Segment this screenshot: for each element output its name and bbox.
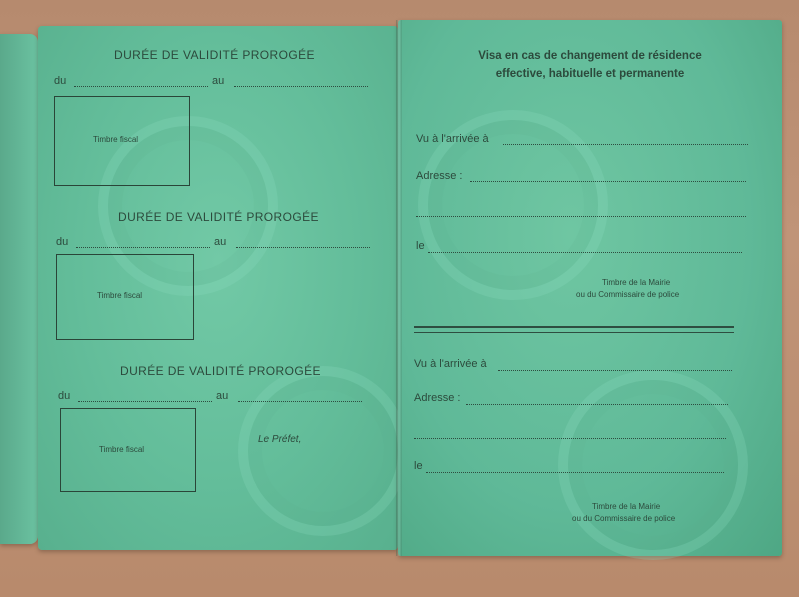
from-label: du: [56, 236, 68, 248]
watermark-emblem: [238, 366, 408, 536]
address-field[interactable]: [466, 404, 728, 405]
address-field[interactable]: [470, 181, 746, 182]
date-field[interactable]: [426, 472, 724, 473]
visa-title-line2: effective, habituelle et permanente: [398, 68, 782, 80]
fiscal-stamp-box: Timbre fiscal: [56, 254, 194, 340]
divider: [414, 326, 734, 328]
to-label: au: [216, 390, 228, 402]
arrival-field[interactable]: [503, 144, 748, 145]
arrival-label: Vu à l'arrivée à: [414, 358, 487, 370]
to-label: au: [214, 236, 226, 248]
stamp-line2: ou du Commissaire de police: [572, 514, 675, 523]
divider: [414, 332, 734, 333]
address-label: Adresse :: [416, 170, 462, 182]
stamp-label: Timbre fiscal: [93, 135, 138, 144]
from-date-field[interactable]: [78, 401, 212, 402]
address-field-line2[interactable]: [416, 216, 746, 217]
date-label: le: [416, 240, 425, 252]
section-title: DURÉE DE VALIDITÉ PROROGÉE: [120, 364, 321, 378]
arrival-field[interactable]: [498, 370, 732, 371]
to-label: au: [212, 75, 224, 87]
stamp-label: Timbre fiscal: [97, 291, 142, 300]
arrival-label: Vu à l'arrivée à: [416, 133, 489, 145]
stamp-label: Timbre fiscal: [99, 445, 144, 454]
from-label: du: [58, 390, 70, 402]
from-date-field[interactable]: [74, 86, 208, 87]
previous-page-edge: [0, 34, 38, 544]
date-label: le: [414, 460, 423, 472]
watermark-emblem: [558, 370, 748, 560]
to-date-field[interactable]: [234, 86, 368, 87]
from-date-field[interactable]: [76, 247, 210, 248]
stamp-line1: Timbre de la Mairie: [602, 278, 670, 287]
address-field-line2[interactable]: [414, 438, 726, 439]
stamp-line1: Timbre de la Mairie: [592, 502, 660, 511]
stamp-line2: ou du Commissaire de police: [576, 290, 679, 299]
to-date-field[interactable]: [236, 247, 370, 248]
fiscal-stamp-box: Timbre fiscal: [54, 96, 190, 186]
right-page: Visa en cas de changement de résidence e…: [398, 20, 782, 556]
left-page: DURÉE DE VALIDITÉ PROROGÉE du au Timbre …: [38, 26, 398, 550]
from-label: du: [54, 75, 66, 87]
section-title: DURÉE DE VALIDITÉ PROROGÉE: [118, 210, 319, 224]
visa-title-line1: Visa en cas de changement de résidence: [398, 50, 782, 62]
date-field[interactable]: [428, 252, 742, 253]
section-title: DURÉE DE VALIDITÉ PROROGÉE: [114, 48, 315, 62]
booklet-fold: [396, 20, 402, 556]
address-label: Adresse :: [414, 392, 460, 404]
to-date-field[interactable]: [238, 401, 362, 402]
fiscal-stamp-box: Timbre fiscal: [60, 408, 196, 492]
prefet-signature-label: Le Préfet,: [258, 434, 301, 445]
